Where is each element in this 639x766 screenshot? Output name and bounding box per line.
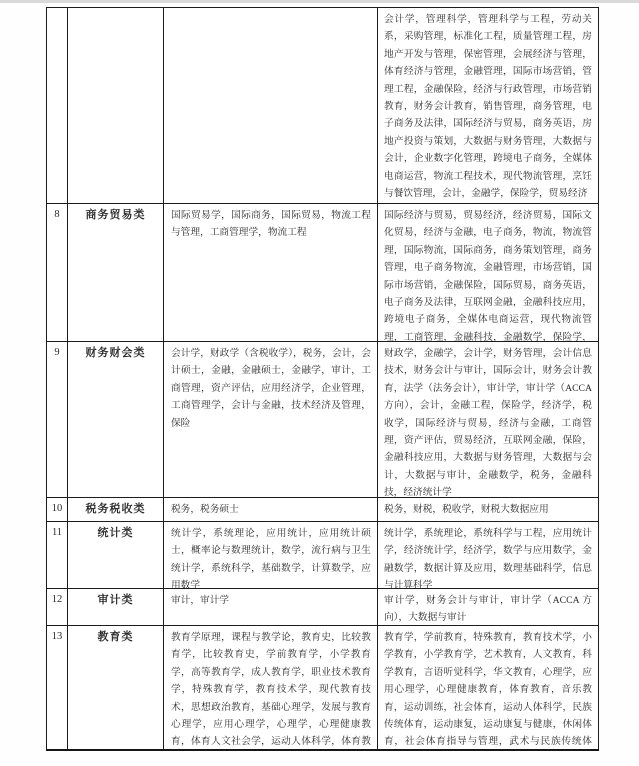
category-cell: 审计类 <box>68 589 164 625</box>
row-number-cell: 12 <box>47 589 68 625</box>
category-cell: 教育类 <box>68 626 164 750</box>
majors-cell-right: 统计学，系统理论，系统科学与工程，应用统计学，经济统计学，经济学，数学与应用数学… <box>378 522 598 588</box>
table-row-statistics: 11 统计类 统计学，系统理论，应用统计，应用统计硕士，概率论与数理统计，数学，… <box>47 522 598 589</box>
majors-cell-left: 教育学原理，课程与教学论，教育史，比较教育学，比较教育史，学前教育学，小学教育学… <box>164 626 378 750</box>
table-row-audit: 12 审计类 审计，审计学 审计学，财务会计与审计，审计学（ACCA 方向），大… <box>47 589 598 626</box>
category-cell: 税务税收类 <box>68 498 164 521</box>
row-number-cell: 8 <box>47 204 68 341</box>
row-number-cell: 9 <box>47 342 68 497</box>
category-cell: 商务贸易类 <box>68 204 164 341</box>
table-row-continuation: 会计学，管理科学，管理科学与工程，劳动关系，采购管理，标准化工程，质量管理工程，… <box>47 8 598 204</box>
table-row-finance-accounting: 9 财务财会类 会计学，财政学（含税收学），税务，会计，会计硕士，金融，金融硕士… <box>47 342 598 498</box>
majors-cell-right: 审计学，财务会计与审计，审计学（ACCA 方向），大数据与审计 <box>378 589 598 625</box>
majors-cell-left: 国际贸易学，国际商务，国际贸易，物流工程与管理，工商管理学，物流工程 <box>164 204 378 341</box>
majors-cell-right: 会计学，管理科学，管理科学与工程，劳动关系，采购管理，标准化工程，质量管理工程，… <box>378 8 598 203</box>
category-cell: 财务财会类 <box>68 342 164 497</box>
row-number-cell: 11 <box>47 522 68 588</box>
row-number-cell: 13 <box>47 626 68 750</box>
scanned-document-page: 会计学，管理科学，管理科学与工程，劳动关系，采购管理，标准化工程，质量管理工程，… <box>0 0 639 766</box>
majors-cell-right: 国际经济与贸易，贸易经济，经济贸易，国际文化贸易，经济与金融，电子商务，物流，物… <box>378 204 598 341</box>
page-top-edge <box>0 0 639 3</box>
table-row-taxation: 10 税务税收类 税务，税务硕士 税务，财税，税收学，财税大数据应用 <box>47 498 598 522</box>
majors-cell-right: 教育学，学前教育，特殊教育，教育技术学，小学教育，小学教育学，艺术教育，人文教育… <box>378 626 598 750</box>
majors-cell-left <box>164 8 378 203</box>
majors-cell-right: 财政学，金融学，会计学，财务管理，会计信息技术，财务会计与审计，国际会计，财务会… <box>378 342 598 497</box>
row-number-cell: 10 <box>47 498 68 521</box>
majors-cell-left: 税务，税务硕士 <box>164 498 378 521</box>
majors-cell-right: 税务，财税，税收学，财税大数据应用 <box>378 498 598 521</box>
major-category-table: 会计学，管理科学，管理科学与工程，劳动关系，采购管理，标准化工程，质量管理工程，… <box>46 7 599 751</box>
page-bottom-cut-edge <box>46 749 599 751</box>
majors-cell-left: 统计学，系统理论，应用统计，应用统计硕士，概率论与数理统计，数学，流行病与卫生统… <box>164 522 378 588</box>
table-row-education: 13 教育类 教育学原理，课程与教学论，教育史，比较教育学，比较教育史，学前教育… <box>47 626 598 750</box>
row-number-cell <box>47 8 68 203</box>
table-row-business-trade: 8 商务贸易类 国际贸易学，国际商务，国际贸易，物流工程与管理，工商管理学，物流… <box>47 204 598 342</box>
majors-cell-left: 审计，审计学 <box>164 589 378 625</box>
majors-cell-left: 会计学，财政学（含税收学），税务，会计，会计硕士，金融，金融硕士，金融学，审计，… <box>164 342 378 497</box>
category-cell: 统计类 <box>68 522 164 588</box>
category-cell <box>68 8 164 203</box>
